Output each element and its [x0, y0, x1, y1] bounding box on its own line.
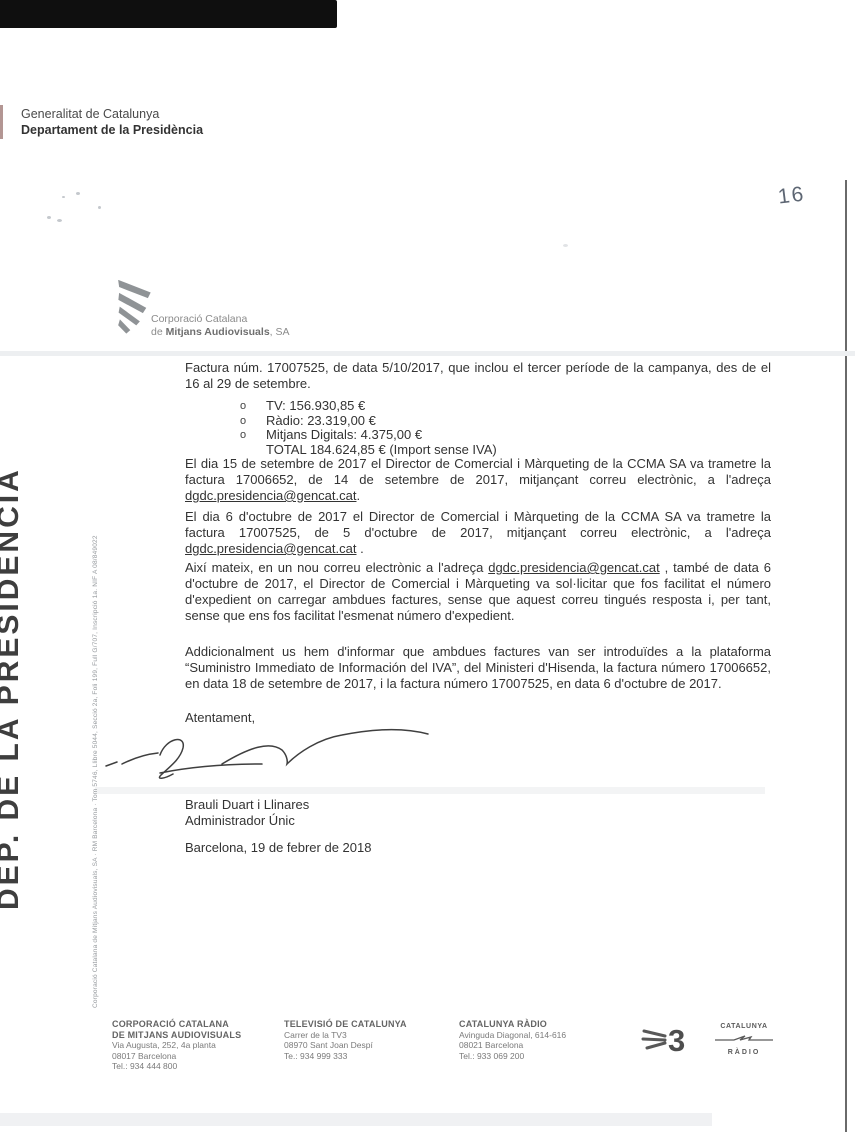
bullet-icon: o [240, 414, 250, 429]
scanned-letter-page: Generalitat de Catalunya Departament de … [0, 0, 855, 1140]
footer-col-corporacio: CORPORACIÓ CATALANA DE MITJANS AUDIOVISU… [112, 1019, 241, 1072]
signature [100, 720, 445, 792]
signer-block: Brauli Duart i Llinares Administrador Ún… [185, 797, 309, 829]
scan-edge-line [845, 180, 847, 1132]
footer-col-tvc: TELEVISIÓ DE CATALUNYA Carrer de la TV3 … [284, 1019, 407, 1061]
paragraph-siia: Addicionalment us hem d'informar que amb… [185, 644, 771, 692]
svg-text:3: 3 [668, 1023, 685, 1058]
scan-shadow-band [0, 351, 855, 356]
pencil-smudge [98, 206, 101, 209]
catalunya-radio-logo-bottom: RÀDIO [715, 1049, 773, 1057]
amount-list: oTV: 156.930,85 € oRàdio: 23.319,00 € oM… [240, 399, 760, 457]
paragraph-expedient: Així mateix, en un nou correu electrònic… [185, 560, 771, 624]
scan-artifact-black-bar [0, 0, 337, 28]
pencil-smudge [76, 192, 80, 195]
paragraph-invoice: Factura núm. 17007525, de data 5/10/2017… [185, 360, 771, 392]
letterhead: Generalitat de Catalunya Departament de … [21, 106, 203, 138]
pencil-smudge [62, 196, 65, 198]
ccma-logo: Corporació Catalana de Mitjans Audiovisu… [113, 280, 373, 342]
pencil-smudge [47, 216, 51, 219]
dateline: Barcelona, 19 de febrer de 2018 [185, 840, 371, 855]
paragraph-email-1: El dia 15 de setembre de 2017 el Directo… [185, 456, 771, 504]
bullet-icon: o [240, 428, 250, 443]
email-address: dgdc.presidencia@gencat.cat [185, 488, 356, 503]
pencil-smudge [563, 244, 568, 247]
signer-title: Administrador Únic [185, 813, 309, 829]
gencat-logo-fragment [0, 105, 3, 139]
ccma-logo-line1: Corporació Catalana [151, 313, 290, 326]
letterhead-dept: Departament de la Presidència [21, 122, 203, 138]
lightning-bolt-icon [715, 1035, 773, 1044]
list-item: oRàdio: 23.319,00 € [240, 414, 760, 429]
ccma-logo-line2: de Mitjans Audiovisuals, SA [151, 326, 290, 339]
footer-col-catradio: CATALUNYA RÀDIO Avinguda Diagonal, 614-6… [459, 1019, 566, 1061]
paragraph-email-2: El dia 6 d'octubre de 2017 el Director d… [185, 509, 771, 557]
handwritten-page-number: 16 [777, 182, 807, 209]
tv3-logo: 3 [641, 1021, 711, 1059]
letterhead-org: Generalitat de Catalunya [21, 106, 203, 122]
tv3-logo-icon: 3 [641, 1021, 711, 1059]
signer-name: Brauli Duart i Llinares [185, 797, 309, 813]
email-address: dgdc.presidencia@gencat.cat [488, 560, 659, 575]
pencil-smudge [57, 219, 62, 222]
catalunya-radio-logo-top: CATALUNYA [715, 1023, 773, 1031]
ccma-logo-text: Corporació Catalana de Mitjans Audiovisu… [151, 313, 290, 338]
ccma-logo-icon [113, 280, 153, 338]
list-item: oTV: 156.930,85 € [240, 399, 760, 414]
email-address: dgdc.presidencia@gencat.cat [185, 541, 356, 556]
vertical-registry-text: Corporació Catalana de Mitjans Audiovisu… [92, 416, 102, 1008]
bullet-icon: o [240, 399, 250, 414]
vertical-dept-stamp: DEP. DE LA PRESIDÈNCIA [0, 378, 26, 910]
catalunya-radio-logo: CATALUNYA RÀDIO [715, 1023, 773, 1057]
list-item: oMitjans Digitals: 4.375,00 € [240, 428, 760, 443]
total-line: TOTAL 184.624,85 € (Import sense IVA) [240, 443, 760, 458]
scan-shadow-band [0, 1113, 712, 1126]
